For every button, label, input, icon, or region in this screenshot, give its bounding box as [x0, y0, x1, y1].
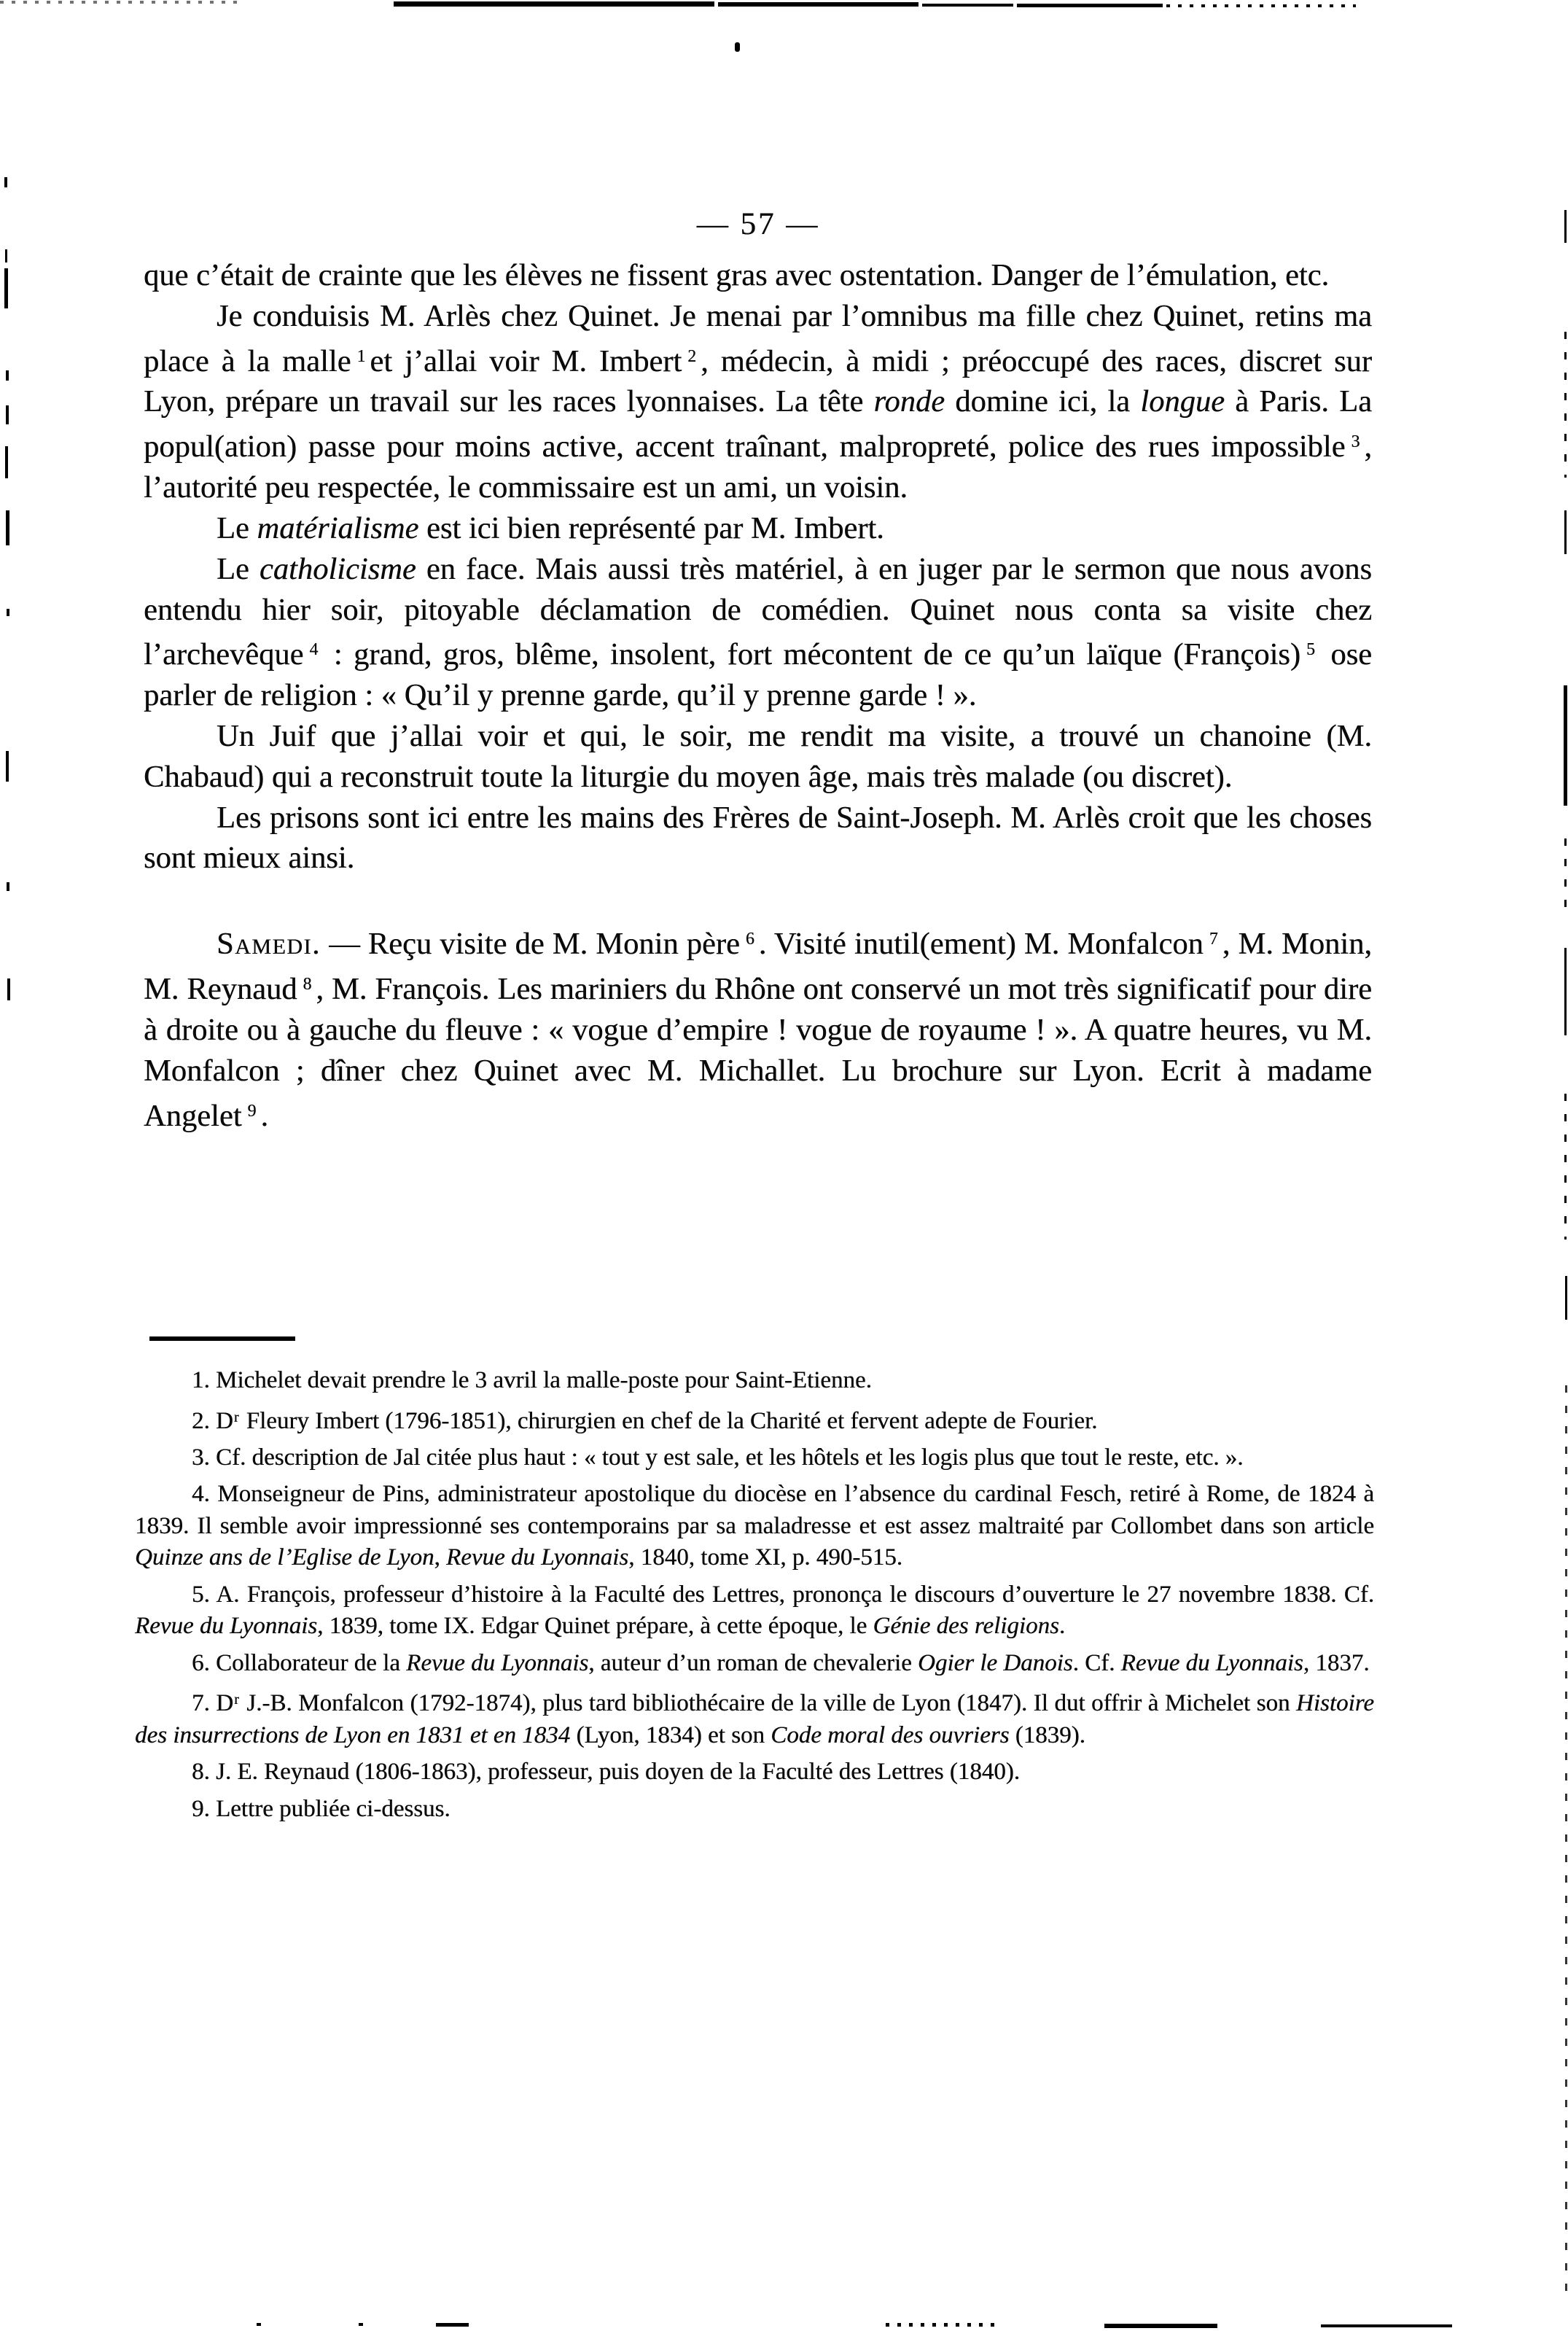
scan-artifact-left-margin [7, 882, 9, 891]
scan-artifact-top-edge [922, 4, 1013, 7]
footnote: 3. Cf. description de Jal citée plus hau… [135, 1442, 1374, 1474]
scan-artifact-bottom-edge [257, 2323, 261, 2326]
scan-artifact-right-edge [1564, 838, 1567, 911]
footnotes: 1. Michelet devait prendre le 3 avril la… [135, 1365, 1374, 1830]
scan-artifact-left-margin [4, 268, 8, 308]
scan-artifact-left-margin [4, 177, 7, 187]
paragraph: Je conduisis M. Arlès chez Quinet. Je me… [144, 296, 1372, 508]
scan-artifact-left-margin [6, 510, 9, 545]
scan-artifact-right-edge [1564, 948, 1567, 1035]
scan-artifact-right-edge [1564, 332, 1567, 478]
scan-artifact-bottom-edge [1321, 2324, 1452, 2327]
page-number: — 57 — [142, 206, 1374, 242]
footnote: 7. Dr J.-B. Monfalcon (1792-1874), plus … [135, 1684, 1374, 1751]
paragraph: Samedi. — Reçu visite de M. Monin père6.… [144, 919, 1372, 1136]
scan-artifact-left-margin [5, 249, 7, 262]
footnote: 8. J. E. Reynaud (1806-1863), professeur… [135, 1756, 1374, 1789]
paragraph: que c’était de crainte que les élèves ne… [144, 255, 1372, 296]
footnote-separator [149, 1336, 295, 1341]
scan-artifact-right-edge [1565, 1385, 1567, 2297]
scan-artifact-top-edge [718, 2, 918, 7]
footnote: 2. Dr Fleury Imbert (1796-1851), chirurg… [135, 1402, 1374, 1437]
scan-artifact-left-margin [7, 609, 9, 616]
scan-artifact-right-edge [1564, 510, 1567, 554]
scanned-book-page: — 57 — que c’était de crainte que les él… [0, 0, 1568, 2331]
footnote: 1. Michelet devait prendre le 3 avril la… [135, 1365, 1374, 1397]
scan-artifact-right-edge [1564, 685, 1567, 806]
scan-artifact-top-edge [0, 1, 241, 4]
scan-artifact-left-margin [6, 405, 9, 424]
scan-artifact-top-edge [394, 1, 714, 7]
scan-artifact-speck [735, 42, 740, 52]
paragraph: Le catholicisme en face. Mais aussi très… [144, 549, 1372, 716]
main-text: que c’était de crainte que les élèves ne… [144, 255, 1372, 1136]
scan-artifact-right-edge [1565, 1276, 1567, 1320]
footnote: 6. Collaborateur de la Revue du Lyonnais… [135, 1648, 1374, 1680]
footnote: 9. Lettre publiée ci-dessus. [135, 1794, 1374, 1826]
scan-artifact-left-margin [7, 978, 10, 1000]
scan-artifact-bottom-edge [436, 2323, 469, 2327]
scan-artifact-left-margin [5, 446, 8, 478]
paragraph: Un Juif que j’allai voir et qui, le soir… [144, 716, 1372, 798]
scan-artifact-bottom-edge [359, 2323, 363, 2326]
paragraph: Le matérialisme est ici bien représenté … [144, 508, 1372, 549]
scan-artifact-bottom-edge [886, 2323, 999, 2327]
footnote: 5. A. François, professeur d’histoire à … [135, 1579, 1374, 1643]
scan-artifact-top-edge [1166, 4, 1356, 7]
scan-artifact-top-edge [1017, 4, 1163, 7]
paragraph: Les prisons sont ici entre les mains des… [144, 798, 1372, 879]
scan-artifact-right-edge [1564, 1094, 1567, 1240]
scan-artifact-bottom-edge [1104, 2324, 1217, 2328]
scan-artifact-left-margin [6, 751, 9, 782]
scan-artifact-right-edge [1564, 210, 1567, 243]
footnote: 4. Monseigneur de Pins, administrateur a… [135, 1479, 1374, 1574]
scan-artifact-left-margin [6, 370, 9, 381]
